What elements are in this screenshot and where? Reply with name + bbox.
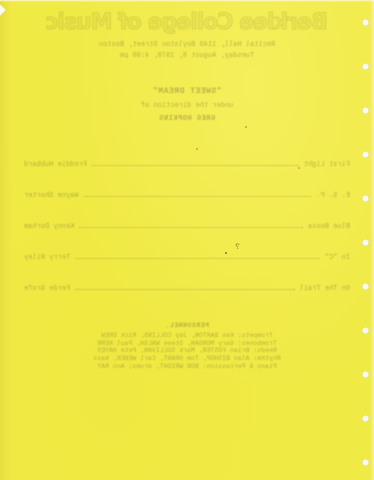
personnel-line: Rhythm: Alan BISHOP, Tom GRANT, Carl WEB…	[75, 355, 299, 363]
dotted-leader	[84, 188, 312, 197]
berklee-logo-text: Berklee College of Music	[0, 10, 374, 35]
dotted-leader	[75, 250, 320, 259]
personnel-line: Trumpets: Ken BARTON, Jay COLLINS, Rick …	[75, 332, 299, 340]
venue-line: Recital Hall, 1140 Boylston Street, Bost…	[0, 41, 374, 49]
punch-hole	[362, 415, 369, 422]
song-title: First Light	[304, 161, 350, 169]
ink-speck	[225, 252, 227, 254]
song-title: On The Trail	[300, 285, 350, 293]
direction-line: under the direction of	[0, 102, 374, 110]
ink-speck	[196, 148, 198, 150]
recital-title: "SWEET DREAM"	[0, 87, 374, 96]
program-row: Blue Bossa Kenny Dorham	[0, 219, 374, 250]
composer-name: Terry Riley	[24, 254, 70, 262]
punch-hole	[362, 459, 369, 466]
composer-name: Ferde Grofe	[24, 285, 70, 293]
program-row: E. S. P. Wayne Shorter	[0, 188, 374, 219]
song-title: Blue Bossa	[308, 223, 350, 231]
song-title: In "C"	[325, 254, 350, 262]
ink-speck	[298, 167, 300, 169]
punch-hole	[362, 371, 369, 378]
punch-hole	[362, 239, 369, 246]
personnel-line: Trombones: Gary MORGAN, Steve WALSH, Pau…	[75, 340, 299, 348]
punch-hole	[362, 195, 369, 202]
program-row: In "C" Terry Riley	[0, 250, 374, 281]
dotted-leader	[92, 157, 299, 166]
personnel-line: Piano & Percussion: BOB WRIGHT, drums; A…	[75, 363, 299, 371]
ink-squiggle-mark: ?	[235, 243, 240, 252]
dotted-leader	[79, 219, 303, 228]
composer-name: Kenny Dorham	[24, 223, 74, 231]
punch-hole	[362, 19, 369, 26]
ink-speck	[245, 126, 247, 128]
bleedthrough-layer: Berklee College of Music Recital Hall, 1…	[0, 0, 374, 480]
dotted-leader	[75, 281, 294, 290]
personnel-heading: PERSONNEL.	[75, 322, 299, 330]
personnel-line: Reeds: Brian FOSTER, Mark SULLIVAN, Pete…	[75, 347, 299, 355]
punch-hole	[362, 151, 369, 158]
date-time-line: Tuesday, August 8, 1978, 4:00 pm	[0, 52, 374, 60]
program-list: First Light Freddie Hubbard E. S. P. Way…	[0, 157, 374, 312]
program-row: First Light Freddie Hubbard	[0, 157, 374, 188]
director-name: GREG HOPKINS	[0, 115, 374, 123]
program-row: On The Trail Ferde Grofe	[0, 281, 374, 312]
punch-hole	[362, 327, 369, 334]
program-back-page: Berklee College of Music Recital Hall, 1…	[0, 0, 374, 480]
composer-name: Wayne Shorter	[24, 192, 79, 200]
punch-hole	[362, 63, 369, 70]
punch-hole	[362, 107, 369, 114]
personnel-block: PERSONNEL. Trumpets: Ken BARTON, Jay COL…	[75, 322, 299, 371]
composer-name: Freddie Hubbard	[24, 161, 87, 169]
song-title: E. S. P.	[316, 192, 350, 200]
punch-hole	[362, 283, 369, 290]
